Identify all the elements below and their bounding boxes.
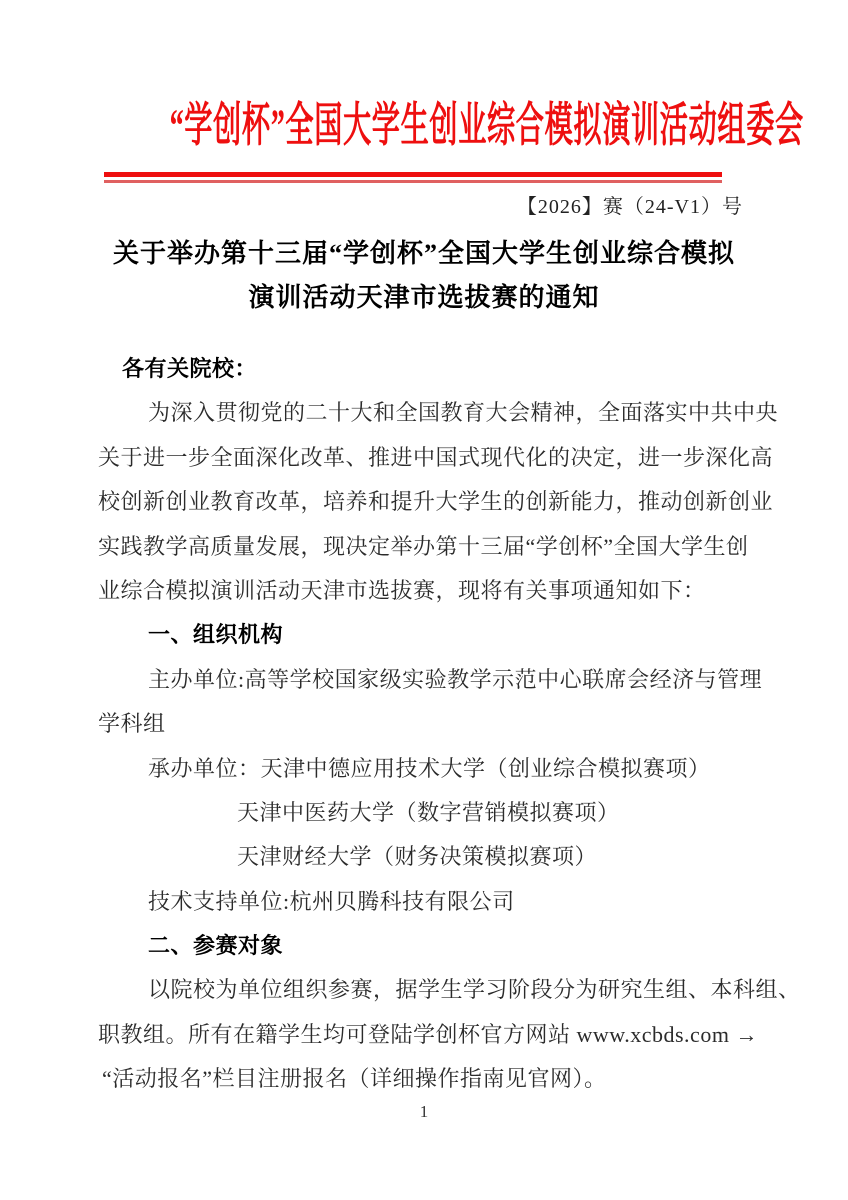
document-title-line-1: 关于举办第十三届“学创杯”全国大学生创业综合模拟 <box>0 232 848 276</box>
body-line: 以院校为单位组织参赛，据学生学习阶段分为研究生组、本科组、 <box>98 968 758 1012</box>
organizer-unit-line: 天津财经大学（财务决策模拟赛项） <box>98 835 758 879</box>
body-line: 实践教学高质量发展，现决定举办第十三届“学创杯”全国大学生创 <box>98 525 758 569</box>
letterhead-title: “学创杯”全国大学生创业综合模拟演训活动组委会 <box>170 98 679 154</box>
organizer-unit-line: 天津中医药大学（数字营销模拟赛项） <box>98 791 758 835</box>
doc-number: 【2026】赛（24-V1）号 <box>517 195 743 219</box>
host-unit-line: 主办单位:高等学校国家级实验教学示范中心联席会经济与管理 <box>98 658 758 702</box>
body-line: 校创新创业教育改革，培养和提升大学生的创新能力，推动创新创业 <box>98 480 758 524</box>
organizer-unit-line: 承办单位：天津中德应用技术大学（创业综合模拟赛项） <box>98 747 758 791</box>
body-text: 各有关院校： 为深入贯彻党的二十大和全国教育大会精神，全面落实中共中央 关于进一… <box>98 347 758 1102</box>
body-line: 业综合模拟演训活动天津市选拔赛，现将有关事项通知如下： <box>98 569 758 613</box>
letterhead-double-rule <box>104 172 722 183</box>
body-line-website: 职教组。所有在籍学生均可登陆学创杯官方网站 www.xcbds.com → <box>98 1013 758 1057</box>
document-page: “学创杯”全国大学生创业综合模拟演训活动组委会 【2026】赛（24-V1）号 … <box>0 0 848 1200</box>
tech-support-unit-line: 技术支持单位:杭州贝腾科技有限公司 <box>98 880 758 924</box>
page-number: 1 <box>0 1102 848 1122</box>
salutation: 各有关院校： <box>98 347 758 391</box>
document-title-line-2: 演训活动天津市选拔赛的通知 <box>0 276 848 320</box>
body-line: 为深入贯彻党的二十大和全国教育大会精神，全面落实中共中央 <box>98 391 758 435</box>
document-title: 关于举办第十三届“学创杯”全国大学生创业综合模拟 演训活动天津市选拔赛的通知 <box>0 232 848 320</box>
section-heading-organization: 一、组织机构 <box>98 613 758 657</box>
body-line: “活动报名”栏目注册报名（详细操作指南见官网）。 <box>98 1057 758 1101</box>
section-heading-participants: 二、参赛对象 <box>98 924 758 968</box>
host-unit-line-cont: 学科组 <box>98 702 758 746</box>
body-line: 关于进一步全面深化改革、推进中国式现代化的决定，进一步深化高 <box>98 436 758 480</box>
